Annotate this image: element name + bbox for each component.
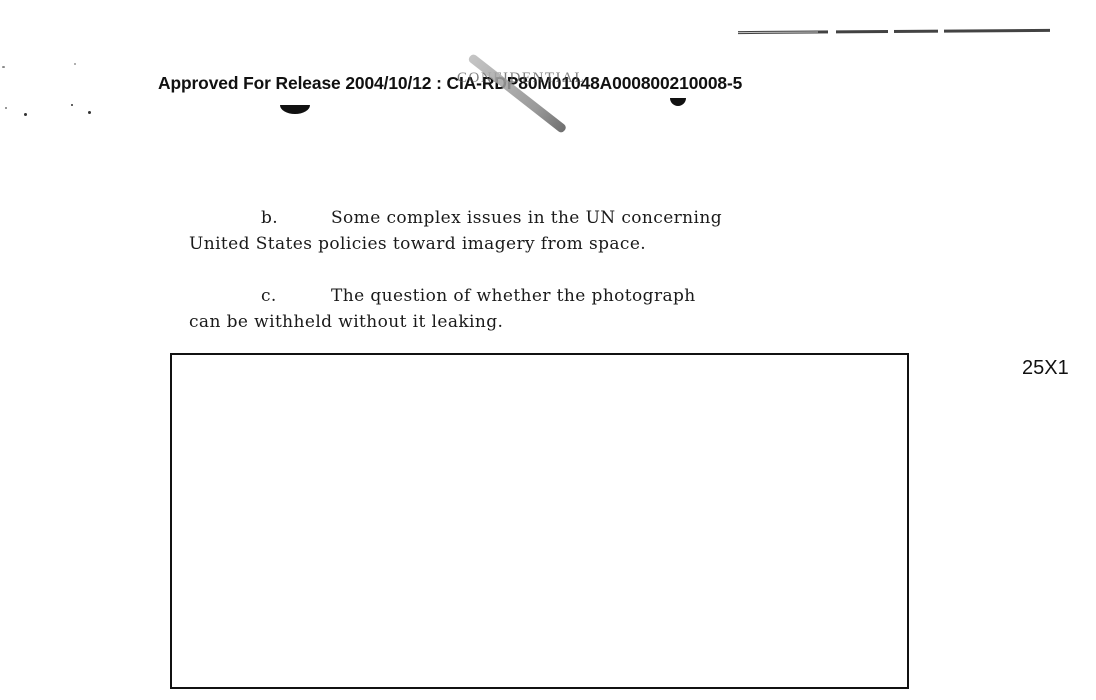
scan-speck: [88, 111, 91, 114]
scan-artifact-rule: [738, 29, 1050, 34]
item-c-line-2: can be withheld without it leaking.: [189, 312, 503, 332]
ink-blot: [670, 98, 686, 106]
ink-blot: [280, 105, 310, 114]
redacted-content-box: [170, 353, 909, 689]
item-c-line-1: The question of whether the photograph: [331, 286, 696, 306]
item-b-line-1: Some complex issues in the UN concerning: [331, 208, 722, 228]
release-header: Approved For Release 2004/10/12 : CIA-RD…: [158, 73, 742, 94]
scan-speck: [2, 66, 5, 68]
redaction-exemption-code: 25X1: [1022, 357, 1069, 380]
scan-speck: [24, 113, 27, 116]
item-marker-c: c.: [261, 286, 277, 306]
scan-speck: [71, 104, 73, 106]
scan-speck: [5, 107, 7, 109]
scan-speck: [74, 63, 76, 65]
item-marker-b: b.: [261, 208, 278, 228]
item-b-line-2: United States policies toward imagery fr…: [189, 234, 646, 254]
classification-stamp: CONFIDENTIAL: [457, 70, 585, 87]
